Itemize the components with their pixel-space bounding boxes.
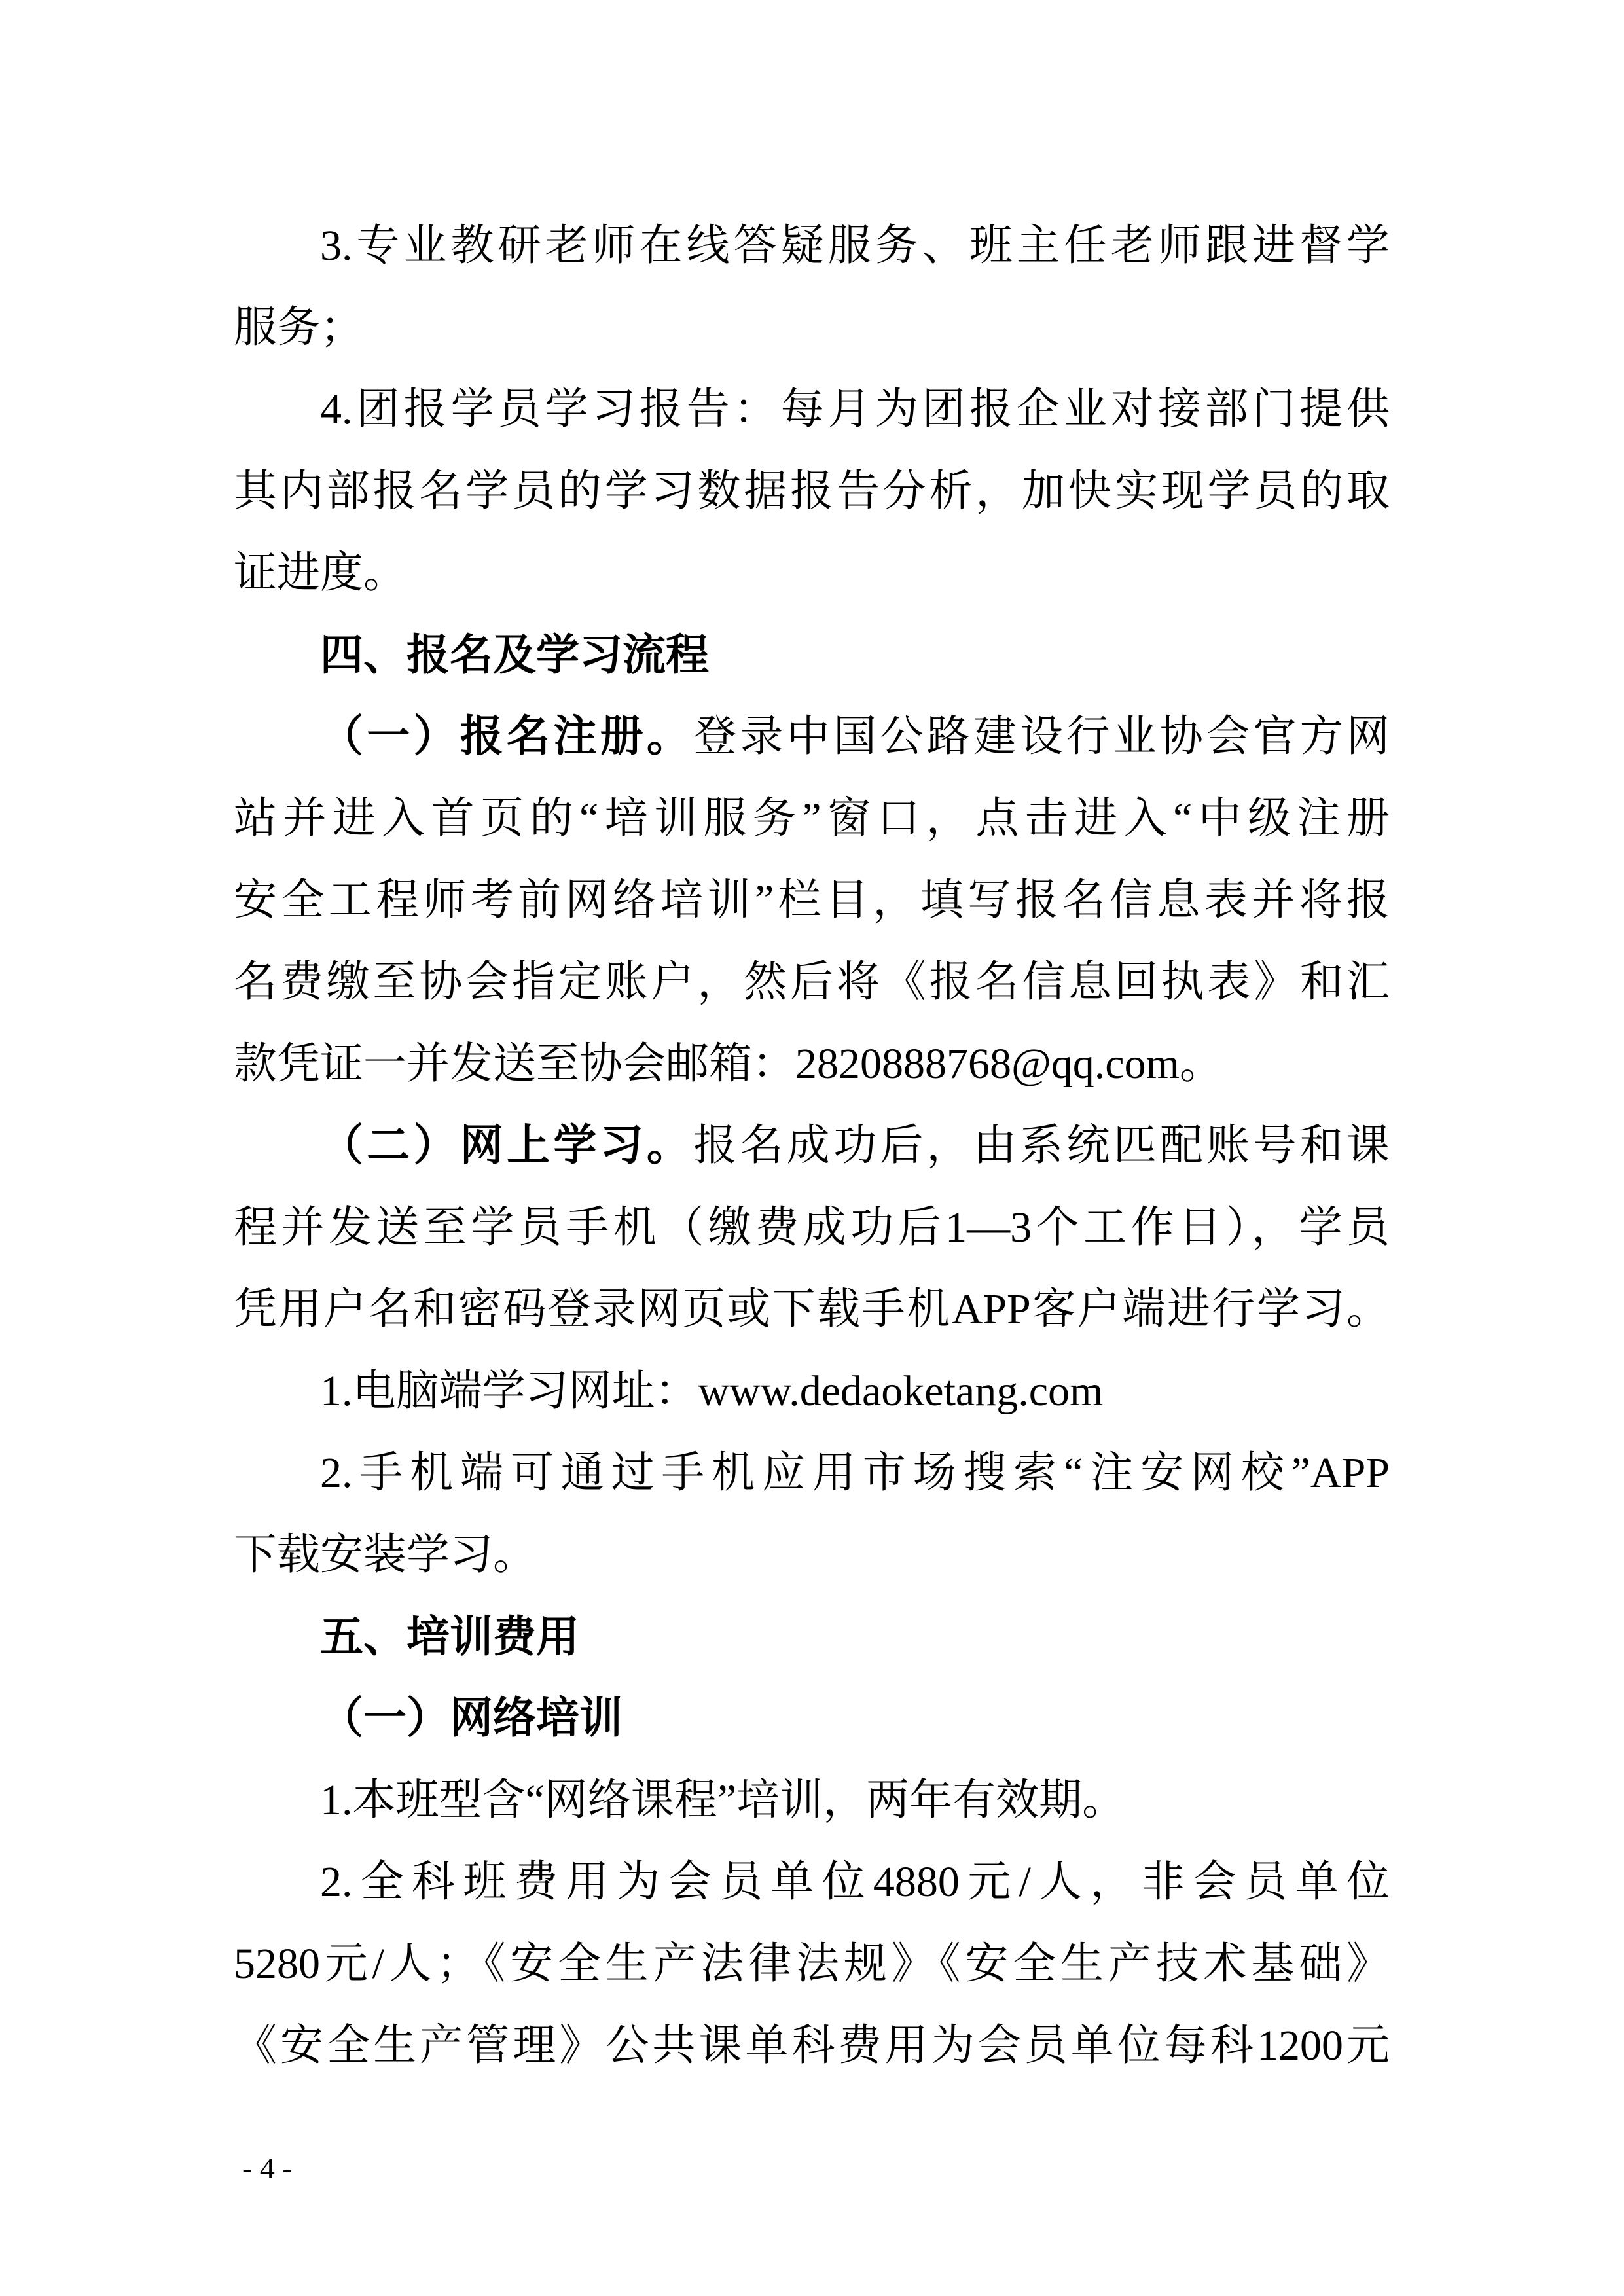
text-line: 其内部报名学员的学习数据报告分析，加快实现学员的取 (234, 450, 1390, 532)
section-heading-training-fee: 五、培训费用 (234, 1596, 1390, 1677)
section-heading-registration-flow: 四、报名及学习流程 (234, 614, 1390, 696)
subsection-lead-online-learning: （二）网上学习。 (320, 1122, 693, 1170)
text-line: 5280元/人；《安全生产法律法规》《安全生产技术基础》 (234, 1923, 1390, 2005)
text-line: 2.全科班费用为会员单位4880元/人，非会员单位 (234, 1841, 1390, 1923)
text-line: 名费缴至协会指定账户，然后将《报名信息回执表》和汇 (234, 941, 1390, 1023)
text-line: 2.手机端可通过手机应用市场搜索“注安网校”APP (234, 1432, 1390, 1514)
subsection-heading-online-training: （一）网络培训 (234, 1677, 1390, 1759)
text-line: 3.专业教研老师在线答疑服务、班主任老师跟进督学 (234, 205, 1390, 287)
document-page: 3.专业教研老师在线答疑服务、班主任老师跟进督学 服务； 4.团报学员学习报告：… (0, 0, 1624, 2296)
text-line-email: 款凭证一并发送至协会邮箱：2820888768@qq.com。 (234, 1023, 1390, 1105)
text-line: 《安全生产管理》公共课单科费用为会员单位每科1200元 (234, 2005, 1390, 2087)
text-line: 证进度。 (234, 532, 1390, 614)
subsection-online-learning-line: （二）网上学习。报名成功后，由系统匹配账号和课 (234, 1105, 1390, 1187)
line-text: 登录中国公路建设行业协会官方网 (693, 713, 1390, 761)
line-text: 报名成功后，由系统匹配账号和课 (693, 1122, 1390, 1170)
text-line: 4.团报学员学习报告：每月为团报企业对接部门提供 (234, 368, 1390, 450)
document-body: 3.专业教研老师在线答疑服务、班主任老师跟进督学 服务； 4.团报学员学习报告：… (234, 205, 1390, 2087)
subsection-lead-registration: （一）报名注册。 (320, 713, 693, 761)
text-line: 凭用户名和密码登录网页或下载手机APP客户端进行学习。 (234, 1268, 1390, 1350)
page-number: - 4 - (242, 2149, 293, 2188)
subsection-registration-line: （一）报名注册。登录中国公路建设行业协会官方网 (234, 696, 1390, 778)
text-line: 站并进入首页的“培训服务”窗口，点击进入“中级注册 (234, 778, 1390, 859)
text-line: 服务； (234, 287, 1390, 368)
text-line: 安全工程师考前网络培训”栏目，填写报名信息表并将报 (234, 859, 1390, 941)
text-line-study-url: 1.电脑端学习网址：www.dedaoketang.com (234, 1350, 1390, 1432)
text-line: 程并发送至学员手机（缴费成功后1—3个工作日），学员 (234, 1187, 1390, 1268)
text-line: 下载安装学习。 (234, 1514, 1390, 1596)
text-line: 1.本班型含“网络课程”培训，两年有效期。 (234, 1759, 1390, 1841)
